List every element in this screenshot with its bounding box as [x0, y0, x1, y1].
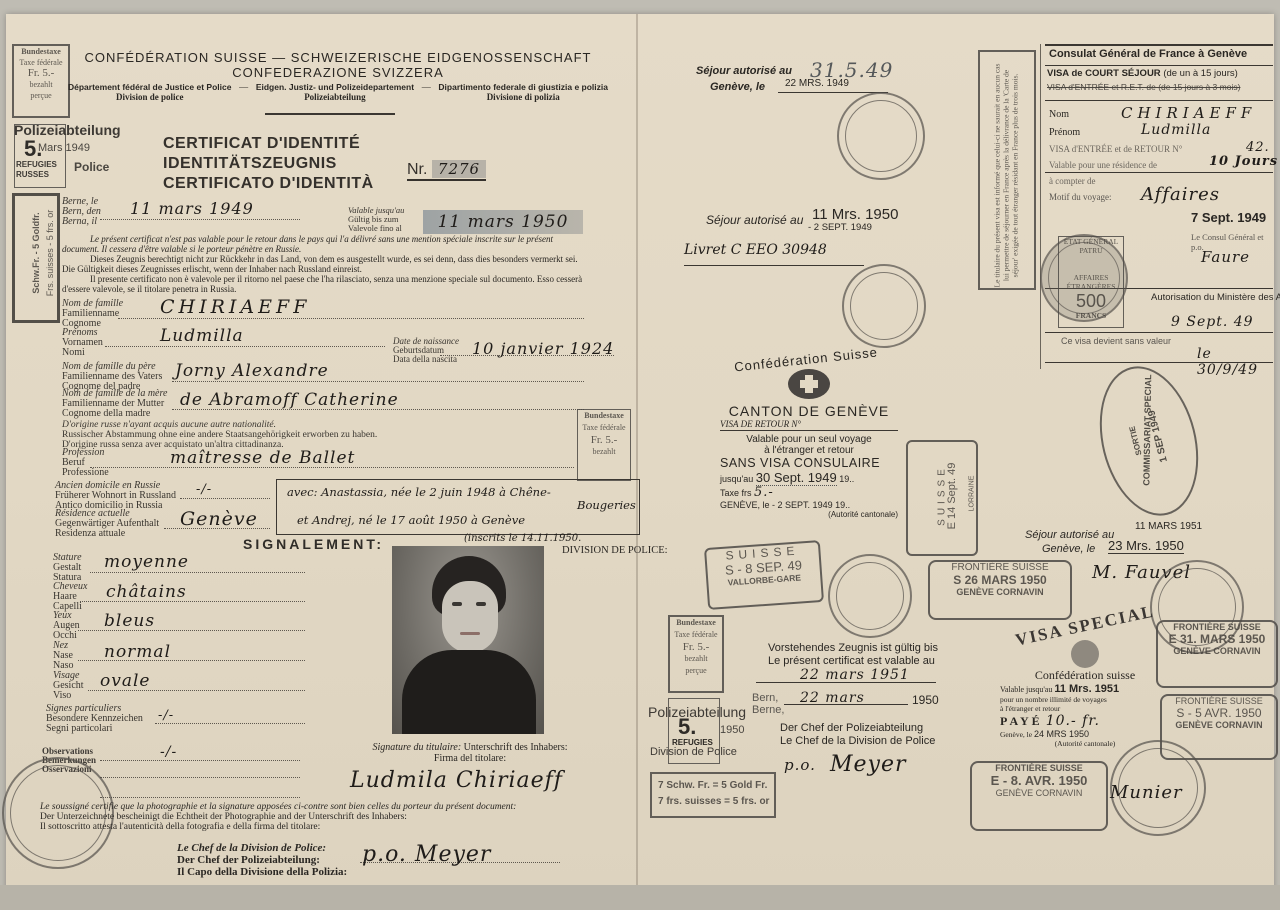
geneva-seal-stamp-3: [828, 554, 912, 638]
french-visa-date: 7 Sept. 1949: [1191, 210, 1266, 225]
mother-name-value: de Abramoff Catherine: [180, 390, 399, 410]
background-surface: [0, 885, 1280, 910]
french-visa-side-notice: Le titulaire du présent visa est informé…: [978, 50, 1036, 290]
valid-until-labels: Valable jusqu'au Gültig bis zum Valevole…: [348, 206, 404, 233]
extension-valid-until: 22 mars 1951: [800, 667, 910, 683]
geneva-seal-stamp-1: [837, 92, 925, 180]
border-stamp-26-mars-1950: FRONTIÈRE SUISSE S 26 MARS 1950 GENÈVE C…: [928, 560, 1072, 620]
dept-de: Eidgen. Justiz- und PolizeidepartementPo…: [256, 82, 414, 102]
issue-place-labels: Berne, le Bern, den Berna, il: [62, 197, 101, 227]
profession-value: maîtresse de Ballet: [170, 448, 355, 468]
extension-validity-text: Vorstehendes Zeugnis ist gültig bis Le p…: [768, 642, 938, 668]
eyes-value: bleus: [104, 611, 155, 631]
border-stamp-vertical: SUISSE E 14 Sept. 49 LORRAINE: [906, 440, 978, 556]
issue-date: 11 mars 1949: [130, 199, 254, 218]
geneva-seal-stamp-2: [842, 264, 926, 348]
sejour3-date: 23 Mrs. 1950: [1108, 538, 1184, 554]
header-departments: Département fédéral de Justice et Police…: [68, 82, 608, 102]
chief-labels: Le Chef de la Division de Police: Der Ch…: [177, 842, 347, 878]
division-police-annotation: DIVISION DE POLICE:: [562, 545, 668, 556]
fee-stamp-top: Bundestaxe Taxe fédérale Fr. 5.- bezahlt…: [12, 44, 70, 118]
visa-special-valid-until: 11 Mrs. 1951: [1054, 683, 1119, 695]
extension-chief-labels: Der Chef der Polizeiabteilung Le Chef de…: [780, 722, 935, 748]
border-stamp-vallorbe: SUISSE S - 8 SEP. 49 VALLORBE-GARE: [704, 540, 824, 610]
return-visa-fee: 5.-: [754, 485, 774, 500]
header-rule: [265, 113, 395, 115]
livret-note: Livret C EEO 30948: [684, 242, 827, 258]
holder-photograph: [392, 546, 544, 734]
certification-statement: Le soussigné certifie que la photographi…: [40, 802, 630, 832]
sejour1-date: 22 MRS. 1949: [785, 78, 849, 89]
border-officer-signature: Munier: [1110, 782, 1183, 803]
french-visa-number: 42.: [1246, 140, 1270, 155]
holder-signature-labels: Signature du titulaire: Unterschrift des…: [360, 742, 580, 764]
particular-signs-value: -/-: [158, 708, 174, 723]
hair-value: châtains: [106, 582, 187, 602]
given-names-value: Ludmilla: [160, 326, 244, 346]
border-stamp-31-mars-1950: FRONTIÈRE SUISSE E 31. MARS 1950 GENÈVE …: [1156, 620, 1278, 688]
fee-stamp-right: Bundestaxe Taxe fédérale Fr. 5.- bezahlt…: [668, 615, 724, 693]
page-fold: [636, 14, 638, 896]
extension-chief-signature: Meyer: [830, 752, 907, 777]
dept-fr: Département fédéral de Justice et Police…: [68, 82, 231, 102]
birth-date-value: 10 janvier 1924: [472, 339, 614, 358]
french-visa-validity: 10 Jours: [1209, 154, 1278, 169]
authorisation-date: 9 Sept. 49: [1171, 314, 1254, 330]
fiscal-stamp-500-francs: ÉTAT GÉNÉRAL PATRU AFFAIRES ÉTRANGÈRES 5…: [1058, 236, 1124, 328]
signalement-title: SIGNALEMENT:: [243, 536, 384, 552]
stature-value: moyenne: [104, 552, 189, 572]
visa-special: VISA SPECIAL Confédération suisse Valabl…: [1000, 616, 1170, 748]
holder-signature: Ludmila Chiriaeff: [350, 768, 563, 793]
swiss-emblem-small: [1071, 640, 1099, 668]
surname-value: CHIRIAEFF: [160, 296, 310, 318]
valid-until-date: 11 mars 1950: [423, 210, 583, 234]
former-domicile-value: -/-: [196, 482, 212, 497]
observations-value: -/-: [160, 744, 177, 760]
children-annotation-box: avec: Anastassia, née le 2 juin 1948 à C…: [276, 479, 640, 535]
french-visa-motif: Affaires: [1141, 184, 1220, 205]
certificate-title: CERTIFICAT D'IDENTITÉ IDENTITÄTSZEUGNIS …: [163, 134, 374, 194]
return-visa-valid-until: 30 Sept. 1949: [756, 470, 837, 486]
gold-franc-fee-stamp: 7 Schw. Fr. = 5 Gold Fr. 7 frs. suisses …: [650, 772, 776, 818]
french-visa-prenom: Ludmilla: [1141, 122, 1211, 138]
canton-geneve-return-visa: Confédération Suisse CANTON DE GENÈVE VI…: [720, 352, 898, 519]
certificate-number: Nr. 7276: [407, 160, 486, 181]
sejour2-value: 11 Mrs. 1950: [812, 206, 898, 223]
header-confederation: CONFÉDÉRATION SUISSE — SCHWEIZERISCHE EI…: [68, 50, 608, 80]
dept-it: Dipartimento federale di giustizia e pol…: [438, 82, 608, 102]
extension-issue-date: 22 mars: [800, 690, 865, 706]
nose-value: normal: [104, 642, 171, 662]
validity-notice: Le présent certificat n'est pas valable …: [62, 234, 584, 294]
fee-stamp-mid: Bundestaxe Taxe fédérale Fr. 5.- bezahlt: [577, 409, 631, 481]
french-visa-nom: CHIRIAEFF: [1121, 104, 1256, 122]
visa-special-fee: 10.- fr.: [1046, 713, 1100, 729]
face-value: ovale: [100, 671, 150, 691]
father-name-value: Jorny Alexandre: [175, 361, 329, 381]
swiss-cross-emblem: [788, 369, 830, 399]
chief-signature: p.o. Meyer: [362, 842, 491, 867]
border-stamp-8-avr-1950: FRONTIÈRE SUISSE E - 8. AVR. 1950 GENÈVE…: [970, 761, 1108, 831]
residence-value: Genève: [180, 508, 258, 530]
vertical-fee-stamp: Schw.Fr. - 5 Goldfr. Frs. suisses - 5 fr…: [12, 193, 60, 323]
origin-statement: D'origine russe n'ayant acquis aucune au…: [62, 420, 377, 450]
refugies-russes-stamp: Polizeiabteilung 5. Mars 1949 REFUGIES R…: [12, 120, 132, 190]
sejour3-value: 11 MARS 1951: [1135, 521, 1202, 532]
